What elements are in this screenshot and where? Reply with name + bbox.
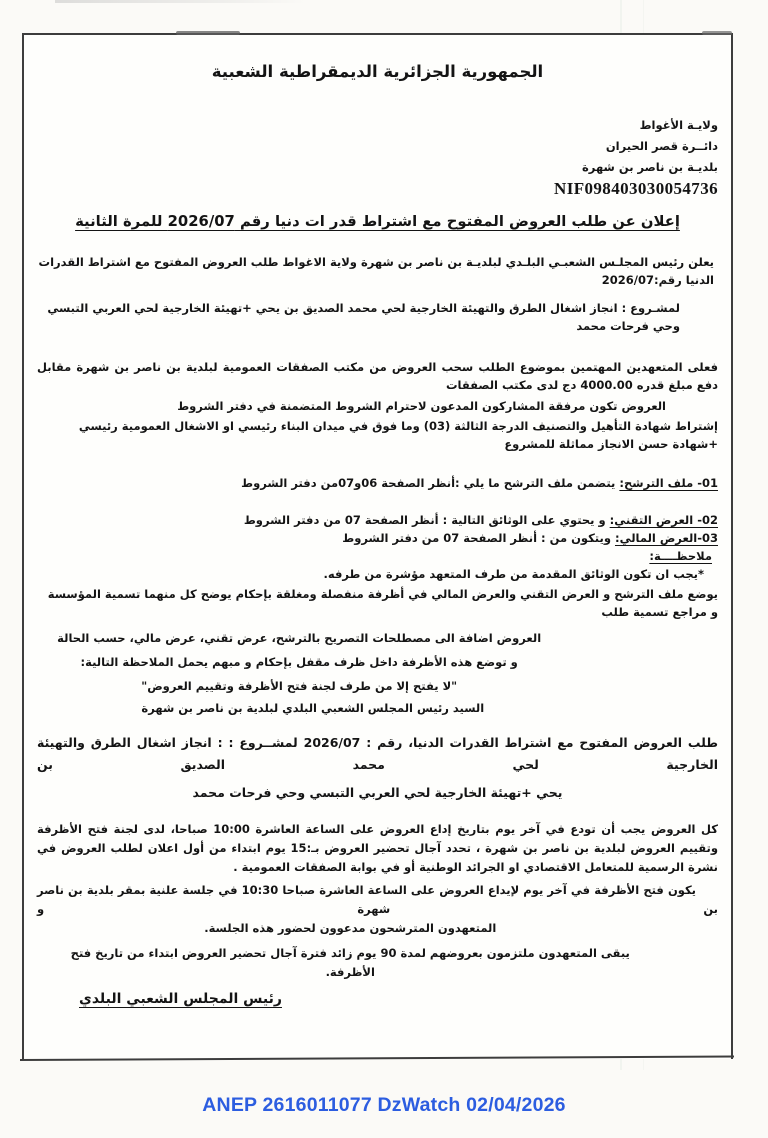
opening-line-2: المتعهدون المترشحون مدعوون لحضور هذه الج…	[57, 919, 643, 938]
opening-line-1: يكون فتح الأظرفة في آخر يوم لإيداع العرو…	[37, 881, 718, 919]
financial-offer-text: ويتكون من : أنظر الصفحة 07 من دفتر الشرو…	[342, 531, 615, 545]
technical-offer-text: و يحتوي على الوثائق التالية : أنظر الصفح…	[244, 513, 610, 527]
envelope-note-line: "لا يفتح إلا من طرف لجنة فتح الأظرفة وتق…	[51, 678, 548, 695]
addressee-line: السيد رئيس المجلس الشعبي البلدي لبلدية ب…	[51, 700, 575, 717]
financial-offer-line: 03-العرض المالي: ويتكون من : أنظر الصفحة…	[37, 529, 718, 547]
issuer-block: ولايـة الأغواط دائــرة قصر الحيران بلديـ…	[37, 115, 718, 198]
envelopes-line-2: العروض اضافة الى مصطلحات التصريح بالترشح…	[51, 630, 548, 647]
commune-line: بلديـة بن ناصر بن شهرة	[39, 157, 718, 178]
note-heading: ملاحظــــة:	[37, 547, 718, 565]
anep-reference: ANEP 2616011077 DzWatch 02/04/2026	[0, 1094, 768, 1117]
reference-line-1: طلب العروض المفتوح مع اشتراط القدرات الد…	[37, 732, 718, 776]
wilaya-line: ولايـة الأغواط	[39, 115, 718, 136]
intro-paragraph: يعلن رئيس المجلـس الشعبـي البلـدي لبلديـ…	[37, 253, 718, 289]
daira-line: دائــرة قصر الحيران	[39, 136, 718, 157]
nif-number: NIF098403030054736	[39, 179, 718, 198]
financial-offer-label: 03-العرض المالي:	[615, 531, 718, 545]
scan-artifact	[55, 0, 305, 3]
candidacy-file-text: يتضمن ملف الترشح ما يلي :أنظر الصفحة 06و…	[241, 476, 619, 490]
qualification-line: إشتراط شهادة التأهيل والتصنيف الدرجة الث…	[37, 417, 718, 453]
republic-title: الجمهورية الجزائرية الديمقراطية الشعبية	[37, 61, 718, 83]
technical-offer-line: 02- العرض التقني: و يحتوي على الوثائق ال…	[37, 511, 718, 529]
notice-title: إعلان عن طلب العروض المفتوح مع اشتراط قد…	[37, 211, 718, 232]
technical-offer-label: 02- العرض التقني:	[610, 513, 718, 527]
deposit-paragraph: كل العروض يجب أن تودع في آخر يوم بتاريخ …	[37, 820, 718, 877]
envelopes-line-3: و توضع هذه الأظرفة داخل ظرف مقفل بإحكام …	[51, 654, 548, 671]
note-heading-label: ملاحظــــة:	[649, 549, 712, 563]
note-line: *يجب ان تكون الوثائق المقدمة من طرف المت…	[37, 565, 718, 583]
candidacy-file-line: 01- ملف الترشح: يتضمن ملف الترشح ما يلي …	[37, 474, 718, 492]
withdrawal-paragraph: فعلى المتعهدين المهتمين بموضوع الطلب سحب…	[37, 358, 718, 394]
project-line: لمشـروع : انجاز اشغال الطرق والتهيئة الخ…	[37, 299, 718, 335]
compliance-line: العروض تكون مرفقة المشاركون المدعون لاحت…	[37, 397, 718, 415]
candidacy-file-label: 01- ملف الترشح:	[619, 476, 718, 490]
reference-line-2: يحي +تهيئة الخارجية لحي العربي التبسي وح…	[37, 782, 718, 804]
validity-line: يبقى المتعهدون ملتزمون بعروضهم لمدة 90 ي…	[57, 944, 643, 982]
envelopes-line-1: يوضع ملف الترشح و العرض التقني والعرض ال…	[37, 585, 718, 621]
signature-title: رئيس المجلس الشعبي البلدي	[37, 991, 718, 1007]
document-border-frame: الجمهورية الجزائرية الديمقراطية الشعبية …	[22, 33, 733, 1059]
